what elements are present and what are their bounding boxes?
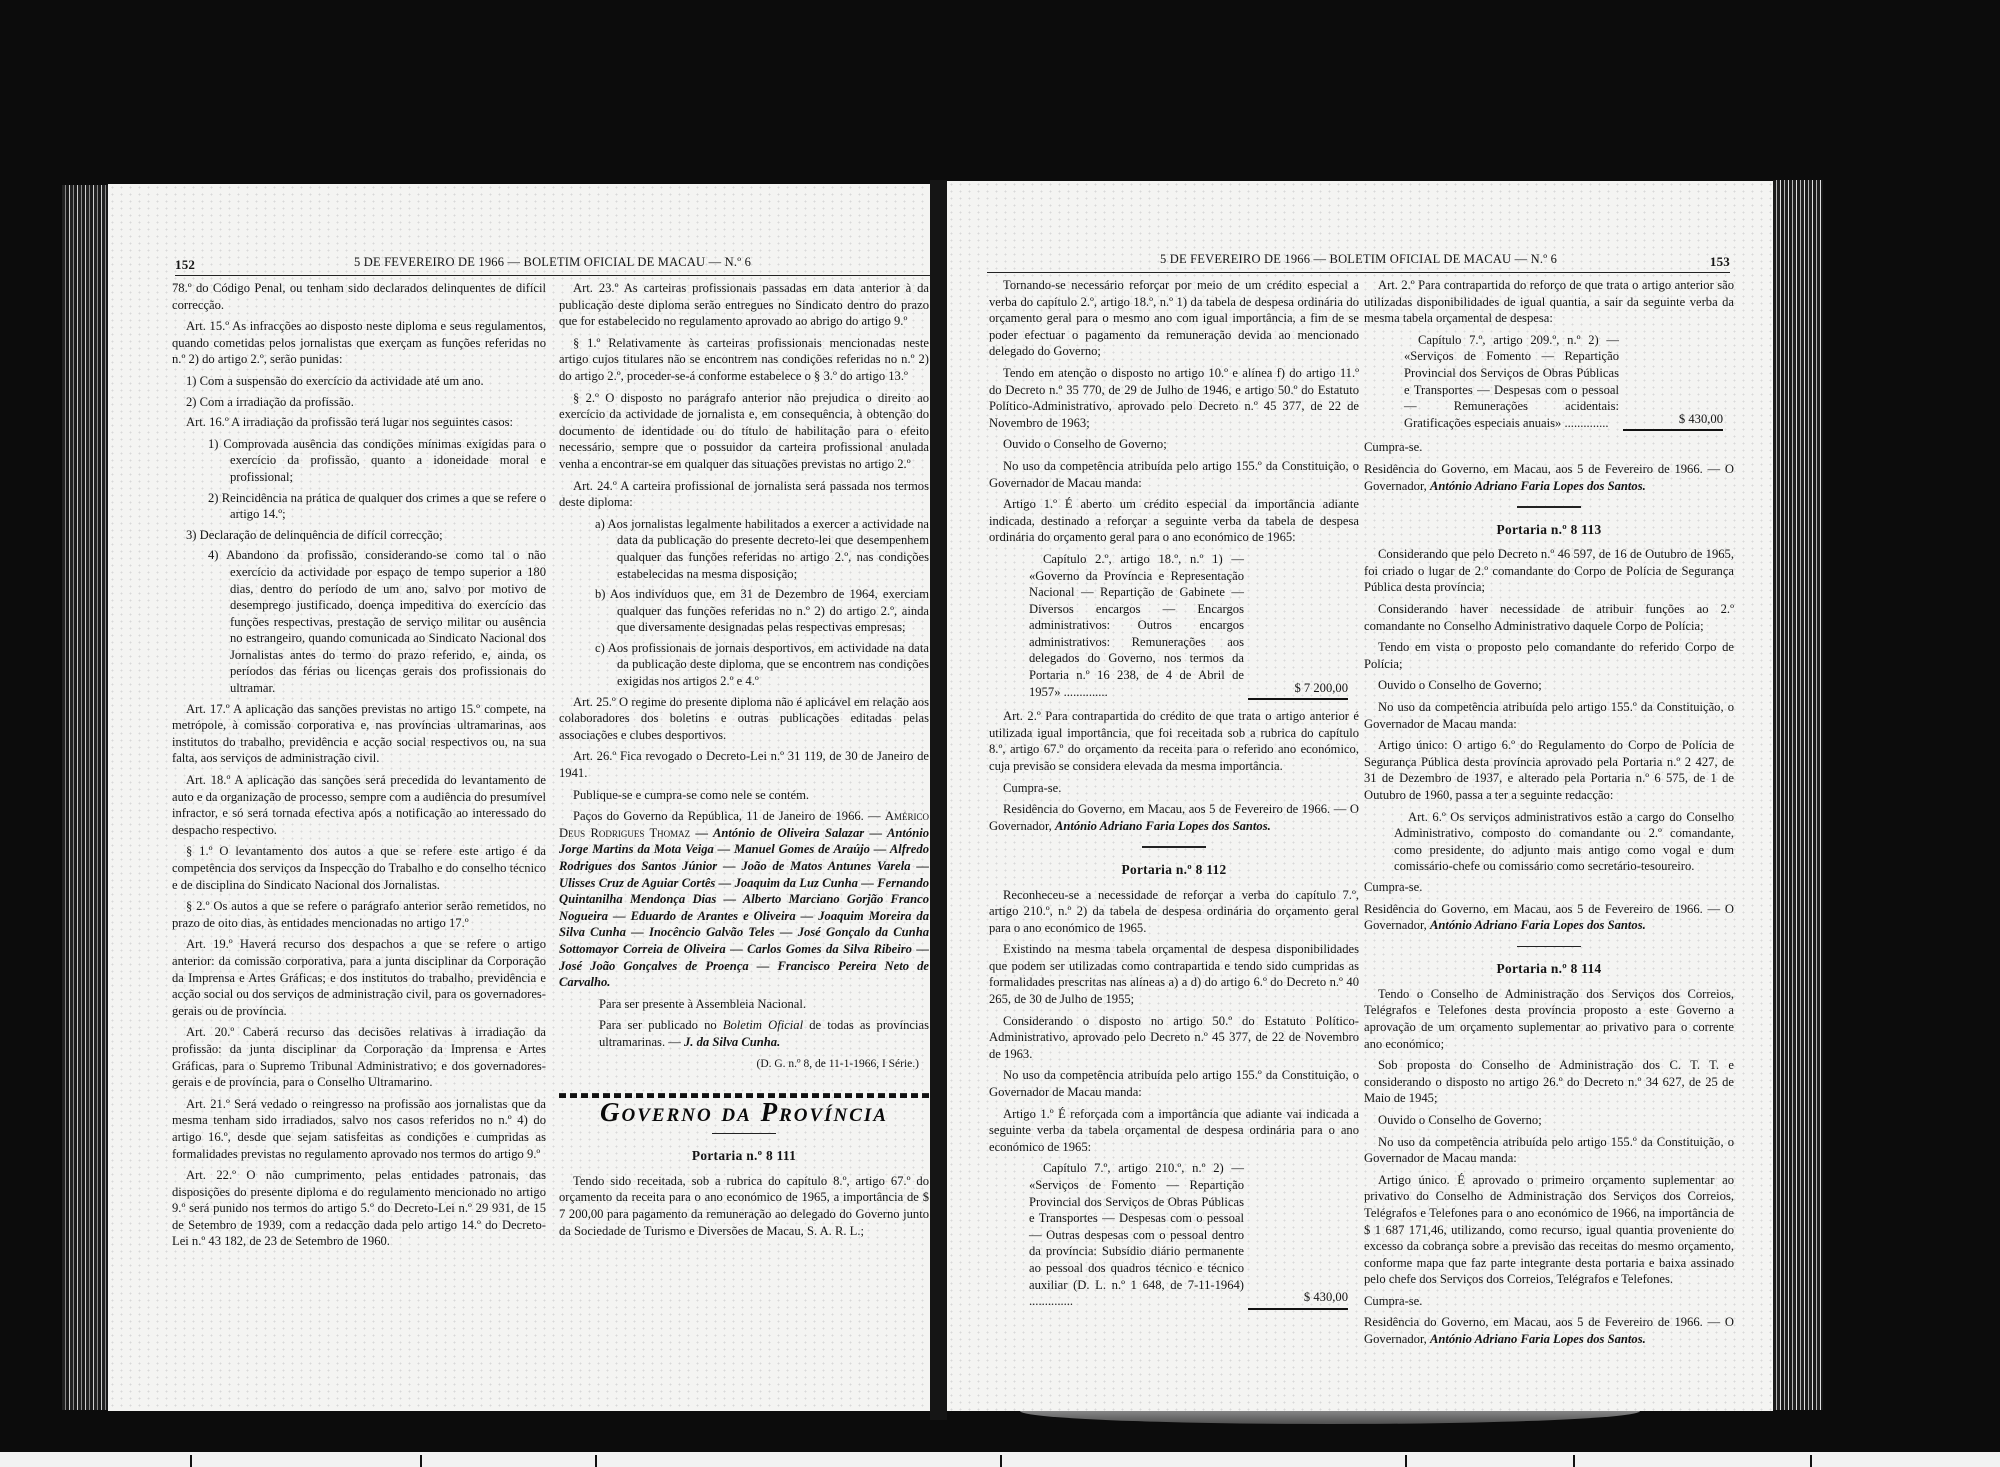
governor-name: António Adriano Faria Lopes dos Santos.	[1430, 479, 1646, 493]
article-1: Artigo 1.º É aberto um crédito especial …	[989, 496, 1359, 546]
budget-description: Capítulo 2.º, artigo 18.º, n.º 1) — «Gov…	[1029, 551, 1244, 700]
scanner-mark	[1000, 1455, 1002, 1467]
paragraph: Considerando haver necessidade de atribu…	[1364, 601, 1734, 634]
budget-description: Capítulo 7.º, artigo 210.º, n.º 2) — «Se…	[1029, 1160, 1244, 1309]
article-24: Art. 24.º A carteira profissional de jor…	[559, 478, 929, 511]
scanner-mark	[420, 1455, 422, 1467]
paragraph: Ouvido o Conselho de Governo;	[989, 436, 1359, 453]
paragraph: No uso da competência atribuída pelo art…	[989, 1067, 1359, 1100]
article-18: Art. 18.º A aplicação das sanções será p…	[172, 772, 546, 838]
paragraph-clause: § 1.º Relativamente às carteiras profiss…	[559, 335, 929, 385]
cumpra-se: Cumpra-se.	[1364, 439, 1734, 456]
divider	[1517, 506, 1581, 508]
paragraph-clause: § 2.º O disposto no parágrafo anterior n…	[559, 390, 929, 473]
portaria-title: Portaria n.º 8 111	[559, 1148, 929, 1165]
section-title: Governo da Província	[559, 1104, 929, 1121]
article-17: Art. 17.º A aplicação das sanções previs…	[172, 701, 546, 767]
budget-amount: $ 430,00	[1623, 411, 1723, 432]
scanner-mark	[1405, 1455, 1407, 1467]
list-item: c) Aos profissionais de jornais desporti…	[559, 640, 929, 690]
article-1: Artigo 1.º É reforçada com a importância…	[989, 1106, 1359, 1156]
publique: Publique-se e cumpra-se como nele se con…	[559, 787, 929, 804]
article-16: Art. 16.º A irradiação da profissão terá…	[172, 414, 546, 431]
signatories-block: Paços do Governo da República, 11 de Jan…	[559, 808, 929, 991]
article-26: Art. 26.º Fica revogado o Decreto-Lei n.…	[559, 748, 929, 781]
budget-entry: Capítulo 7.º, artigo 210.º, n.º 2) — «Se…	[989, 1160, 1359, 1309]
paragraph: Considerando o disposto no artigo 50.º d…	[989, 1013, 1359, 1063]
list-item: b) Aos indivíduos que, em 31 de Dezembro…	[559, 586, 929, 636]
signature-line: Residência do Governo, em Macau, aos 5 d…	[1364, 1314, 1734, 1347]
governor-name: António Adriano Faria Lopes dos Santos.	[1055, 819, 1271, 833]
paragraph: Tendo em vista o proposto pelo comandant…	[1364, 639, 1734, 672]
running-head-title: 5 DE FEVEREIRO DE 1966 — BOLETIM OFICIAL…	[175, 255, 930, 270]
paragraph: 78.º do Código Penal, ou tenham sido dec…	[172, 280, 546, 313]
paragraph: Tendo o Conselho de Administração dos Se…	[1364, 986, 1734, 1052]
running-head: 152 5 DE FEVEREIRO DE 1966 — BOLETIM OFI…	[175, 253, 930, 276]
left-page: 152 5 DE FEVEREIRO DE 1966 — BOLETIM OFI…	[108, 184, 930, 1411]
right-column-a: Tornando-se necessário reforçar por meio…	[989, 277, 1359, 1318]
divider	[712, 1133, 776, 1135]
paragraph: Reconheceu-se a necessidade de reforçar …	[989, 887, 1359, 937]
divider	[1142, 846, 1206, 848]
publication-note: Para ser publicado no Boletim Oficial de…	[559, 1017, 929, 1050]
article-25: Art. 25.º O regime do presente diploma n…	[559, 694, 929, 744]
book-gutter	[930, 180, 947, 1420]
scanner-mark	[190, 1455, 192, 1467]
budget-amount: $ 7 200,00	[1248, 680, 1348, 701]
article-2: Art. 2.º Para contrapartida do crédito d…	[989, 708, 1359, 774]
paragraph-clause: § 1.º O levantamento dos autos a que se …	[172, 843, 546, 893]
article-20: Art. 20.º Caberá recurso das decisões re…	[172, 1024, 546, 1090]
budget-entry: Capítulo 7.º, artigo 209.º, n.º 2) — «Se…	[1364, 332, 1734, 432]
ornamental-rule	[559, 1088, 929, 1098]
cumpra-se: Cumpra-se.	[1364, 1293, 1734, 1310]
budget-description: Capítulo 7.º, artigo 209.º, n.º 2) — «Se…	[1404, 332, 1619, 432]
paragraph: Sob proposta do Conselho de Administraçã…	[1364, 1057, 1734, 1107]
governor-name: António Adriano Faria Lopes dos Santos.	[1430, 1332, 1646, 1346]
article-15: Art. 15.º As infracções ao disposto nest…	[172, 318, 546, 368]
signatories: — António de Oliveira Salazar — António …	[559, 826, 929, 989]
source-citation: (D. G. n.º 8, de 11-1-1966, I Série.)	[559, 1056, 919, 1073]
article-23: Art. 23.º As carteiras profissionais pas…	[559, 280, 929, 330]
list-item: 4) Abandono da profissão, considerando-s…	[172, 547, 546, 696]
signature-line: Residência do Governo, em Macau, aos 5 d…	[989, 801, 1359, 834]
paragraph: Tendo sido receitada, sob a rubrica do c…	[559, 1173, 929, 1239]
running-head-title: 5 DE FEVEREIRO DE 1966 — BOLETIM OFICIAL…	[987, 252, 1730, 267]
paragraph: Artigo único. É aprovado o primeiro orça…	[1364, 1172, 1734, 1288]
assembleia-note: Para ser presente à Assembleia Nacional.	[559, 996, 929, 1013]
paragraph: Existindo na mesma tabela orçamental de …	[989, 941, 1359, 1007]
article-21: Art. 21.º Será vedado o reingresso na pr…	[172, 1096, 546, 1162]
list-item: 3) Declaração de delinquência de difícil…	[172, 527, 546, 544]
running-head: 5 DE FEVEREIRO DE 1966 — BOLETIM OFICIAL…	[987, 250, 1730, 273]
scanner-mark	[595, 1455, 597, 1467]
quoted-article: Art. 6.º Os serviços administrativos est…	[1364, 809, 1734, 875]
paragraph: Artigo único: O artigo 6.º do Regulament…	[1364, 737, 1734, 803]
book-page-edges-left	[62, 185, 108, 1410]
book-page-edges-right	[1773, 180, 1823, 1410]
budget-amount: $ 430,00	[1248, 1289, 1348, 1310]
cumpra-se: Cumpra-se.	[1364, 879, 1734, 896]
scanner-mark	[1573, 1455, 1575, 1467]
scanner-mark	[1810, 1455, 1812, 1467]
paragraph: Tornando-se necessário reforçar por meio…	[989, 277, 1359, 360]
portaria-title: Portaria n.º 8 113	[1364, 522, 1734, 539]
right-page: 5 DE FEVEREIRO DE 1966 — BOLETIM OFICIAL…	[947, 181, 1773, 1411]
article-2: Art. 2.º Para contrapartida do reforço d…	[1364, 277, 1734, 327]
left-column-a: 78.º do Código Penal, ou tenham sido dec…	[172, 280, 546, 1255]
article-19: Art. 19.º Haverá recurso dos despachos a…	[172, 936, 546, 1019]
paragraph: No uso da competência atribuída pelo art…	[989, 458, 1359, 491]
divider	[1517, 946, 1581, 948]
list-item: 2) Com a irradiação da profissão.	[172, 394, 546, 411]
cumpra-se: Cumpra-se.	[989, 780, 1359, 797]
portaria-title: Portaria n.º 8 114	[1364, 961, 1734, 978]
right-column-b: Art. 2.º Para contrapartida do reforço d…	[1364, 277, 1734, 1353]
list-item: 1) Comprovada ausência das condições mín…	[172, 436, 546, 486]
page-number: 153	[1710, 254, 1730, 270]
portaria-title: Portaria n.º 8 112	[989, 862, 1359, 879]
governor-name: António Adriano Faria Lopes dos Santos.	[1430, 918, 1646, 932]
left-column-b: Art. 23.º As carteiras profissionais pas…	[559, 280, 929, 1244]
paragraph: Ouvido o Conselho de Governo;	[1364, 677, 1734, 694]
list-item: 1) Com a suspensão do exercício da activ…	[172, 373, 546, 390]
paragraph: Ouvido o Conselho de Governo;	[1364, 1112, 1734, 1129]
paragraph: Tendo em atenção o disposto no artigo 10…	[989, 365, 1359, 431]
article-22: Art. 22.º O não cumprimento, pelas entid…	[172, 1167, 546, 1250]
list-item: a) Aos jornalistas legalmente habilitado…	[559, 516, 929, 582]
paragraph-clause: § 2.º Os autos a que se refere o parágra…	[172, 898, 546, 931]
paragraph: No uso da competência atribuída pelo art…	[1364, 699, 1734, 732]
signature-line: Residência do Governo, em Macau, aos 5 d…	[1364, 461, 1734, 494]
list-item: 2) Reincidência na prática de qualquer d…	[172, 490, 546, 523]
signature-line: Residência do Governo, em Macau, aos 5 d…	[1364, 901, 1734, 934]
budget-entry: Capítulo 2.º, artigo 18.º, n.º 1) — «Gov…	[989, 551, 1359, 700]
paragraph: No uso da competência atribuída pelo art…	[1364, 1134, 1734, 1167]
paragraph: Considerando que pelo Decreto n.º 46 597…	[1364, 546, 1734, 596]
